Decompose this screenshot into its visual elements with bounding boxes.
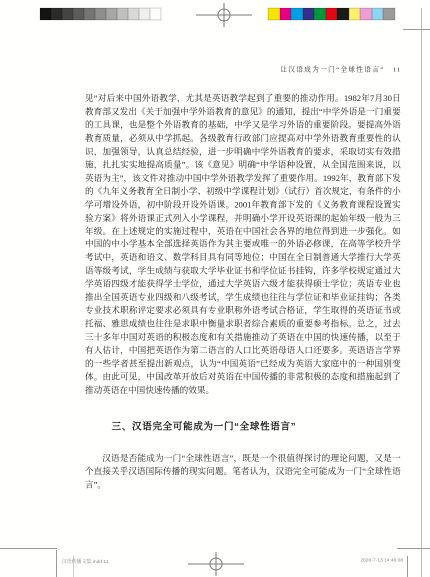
calibration-swatch — [303, 8, 315, 20]
calibration-swatch — [62, 8, 73, 20]
calibration-swatch — [95, 8, 106, 20]
calibration-swatch — [372, 8, 384, 20]
footer-timestamp-slug: 2020-7-13 14:46:08 — [360, 558, 403, 563]
page-number: 11 — [393, 67, 401, 74]
grayscale-calibration-bar — [40, 8, 161, 20]
crop-mark — [407, 556, 408, 577]
crop-mark — [403, 29, 430, 30]
calibration-swatch — [106, 8, 117, 20]
registration-mark-icon — [186, 549, 246, 577]
footer-file-slug: 汉语传播文集.indd 11 — [62, 558, 108, 565]
calibration-swatch — [40, 8, 51, 20]
calibration-swatch — [337, 8, 349, 20]
calibration-swatch — [291, 8, 303, 20]
trim-line — [421, 8, 422, 577]
running-head-title: 让汉语成为一门“全球性语言” — [280, 67, 384, 74]
crop-mark — [397, 548, 430, 549]
calibration-swatch — [268, 8, 280, 20]
cmyk-color-calibration-bar — [268, 8, 395, 20]
page-body: 见”对后来中国外语教学，尤其是英语教学起到了重要的推动作用。1982年7月30日… — [85, 92, 401, 492]
calibration-swatch — [51, 8, 62, 20]
registration-mark-icon — [194, 0, 254, 30]
calibration-swatch — [360, 8, 372, 20]
calibration-swatch — [280, 8, 292, 20]
calibration-swatch — [150, 8, 161, 20]
calibration-swatch — [117, 8, 128, 20]
crop-mark — [56, 550, 57, 577]
calibration-swatch — [314, 8, 326, 20]
calibration-swatch — [383, 8, 395, 20]
calibration-swatch — [84, 8, 95, 20]
calibration-swatch — [139, 8, 150, 20]
body-paragraph: 汉语是否能成为一门“全球性语言”，既是一个很值得探讨的理论问题，又是一个直接关乎… — [85, 452, 401, 492]
crop-mark — [0, 548, 57, 549]
running-head: 让汉语成为一门“全球性语言”11 — [85, 64, 401, 74]
section-heading: 三、汉语完全可能成为一门“全球性语言” — [85, 420, 401, 433]
document-page: 让汉语成为一门“全球性语言”11 见”对后来中国外语教学，尤其是英语教学起到了重… — [0, 0, 430, 577]
calibration-swatch — [349, 8, 361, 20]
calibration-swatch — [326, 8, 338, 20]
body-paragraph: 见”对后来中国外语教学，尤其是英语教学起到了重要的推动作用。1982年7月30日… — [85, 92, 401, 397]
calibration-swatch — [73, 8, 84, 20]
calibration-swatch — [128, 8, 139, 20]
